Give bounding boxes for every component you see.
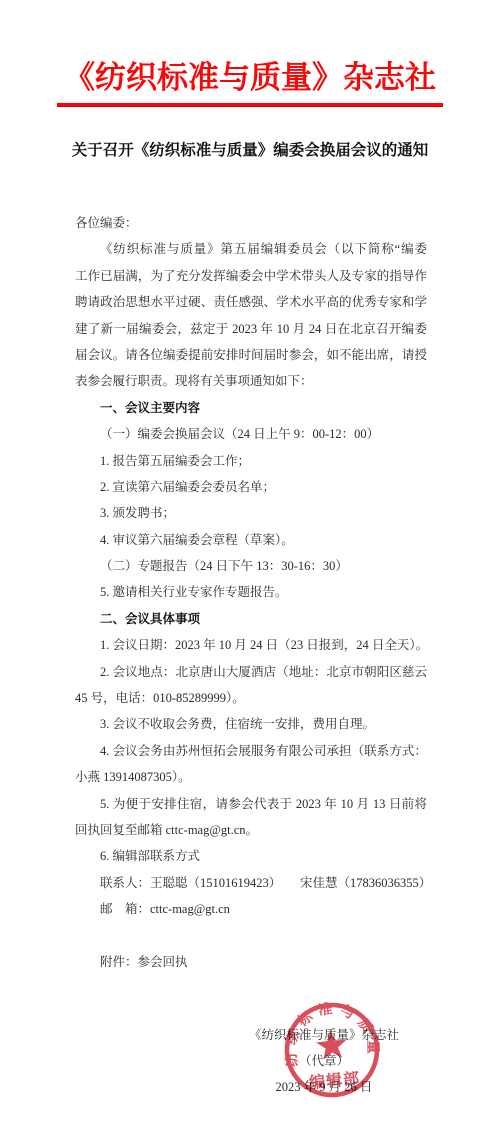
attachment-line: 附件：参会回执 bbox=[75, 949, 427, 975]
body-line: 1. 报告第五届编委会工作； bbox=[75, 448, 427, 474]
document-page: 《纺织标准与质量》杂志社 关于召开《纺织标准与质量》编委会换届会议的通知 各位编… bbox=[0, 0, 500, 1137]
body-line: 1. 会议日期：2023 年 10 月 24 日（23 日报到，24 日全天）。 bbox=[75, 632, 427, 658]
body-line: 3. 颁发聘书； bbox=[75, 500, 427, 526]
body-line: 工作已届满，为了充分发挥编委会中学术带头人及专家的指导作用， bbox=[75, 263, 427, 289]
body-line: 小燕 13914087305）。 bbox=[75, 764, 427, 790]
body-line: 6. 编辑部联系方式 bbox=[75, 843, 427, 869]
body-line: 表参会履行职责。现将有关事项通知如下： bbox=[75, 368, 427, 394]
contact-persons-line: 联系人：王聪聪（15101619423） 宋佳慧（17836036355） bbox=[75, 870, 427, 896]
masthead-org-name: 《纺织标准与质量》杂志社 bbox=[0, 58, 500, 98]
body-line: 建了新一届编委会，兹定于 2023 年 10 月 24 日在北京召开编委会换 bbox=[75, 316, 427, 342]
body-line: 《纺织标准与质量》第五届编辑委员会（以下简称“编委会”） bbox=[75, 236, 427, 262]
official-seal-stamp: 纺织标准与质量 编辑部 bbox=[272, 990, 392, 1110]
body-line: 4. 会议会务由苏州恒拓会展服务有限公司承担（联系方式：陈 bbox=[75, 738, 427, 764]
body-line: 5. 为便于安排住宿，请参会代表于 2023 年 10 月 13 日前将参会 bbox=[75, 791, 427, 817]
document-title: 关于召开《纺织标准与质量》编委会换届会议的通知 bbox=[0, 140, 500, 162]
body-line: 45 号，电话：010-85289999）。 bbox=[75, 685, 427, 711]
body-line: 届会议。请各位编委提前安排时间届时参会，如不能出席，请授权代 bbox=[75, 342, 427, 368]
contact-email-line: 邮 箱：cttc-mag@gt.cn bbox=[75, 896, 427, 922]
body-line: 回执回复至邮箱 cttc-mag@gt.cn。 bbox=[75, 817, 427, 843]
document-body: 各位编委： 《纺织标准与质量》第五届编辑委员会（以下简称“编委会”） 工作已届满… bbox=[75, 210, 427, 975]
body-line: （二）专题报告（24 日下午 13：30-16：30） bbox=[75, 553, 427, 579]
salutation: 各位编委： bbox=[75, 210, 427, 236]
body-line: 5. 邀请相关行业专家作专题报告。 bbox=[75, 579, 427, 605]
body-line: （一）编委会换届会议（24 日上午 9：00-12：00） bbox=[75, 421, 427, 447]
masthead-rule bbox=[57, 103, 443, 107]
body-line: 2. 宣读第六届编委会委员名单； bbox=[75, 474, 427, 500]
star-icon bbox=[315, 1029, 348, 1060]
body-line: 2. 会议地点：北京唐山大厦酒店（地址：北京市朝阳区慈云寺 bbox=[75, 659, 427, 685]
section2-heading: 二、会议具体事项 bbox=[75, 606, 427, 632]
section1-heading: 一、会议主要内容 bbox=[75, 395, 427, 421]
blank-line bbox=[75, 923, 427, 949]
body-line: 聘请政治思想水平过硬、责任感强、学术水平高的优秀专家和学者组 bbox=[75, 289, 427, 315]
body-line: 4. 审议第六届编委会章程（草案）。 bbox=[75, 527, 427, 553]
body-line: 3. 会议不收取会务费，住宿统一安排，费用自理。 bbox=[75, 711, 427, 737]
